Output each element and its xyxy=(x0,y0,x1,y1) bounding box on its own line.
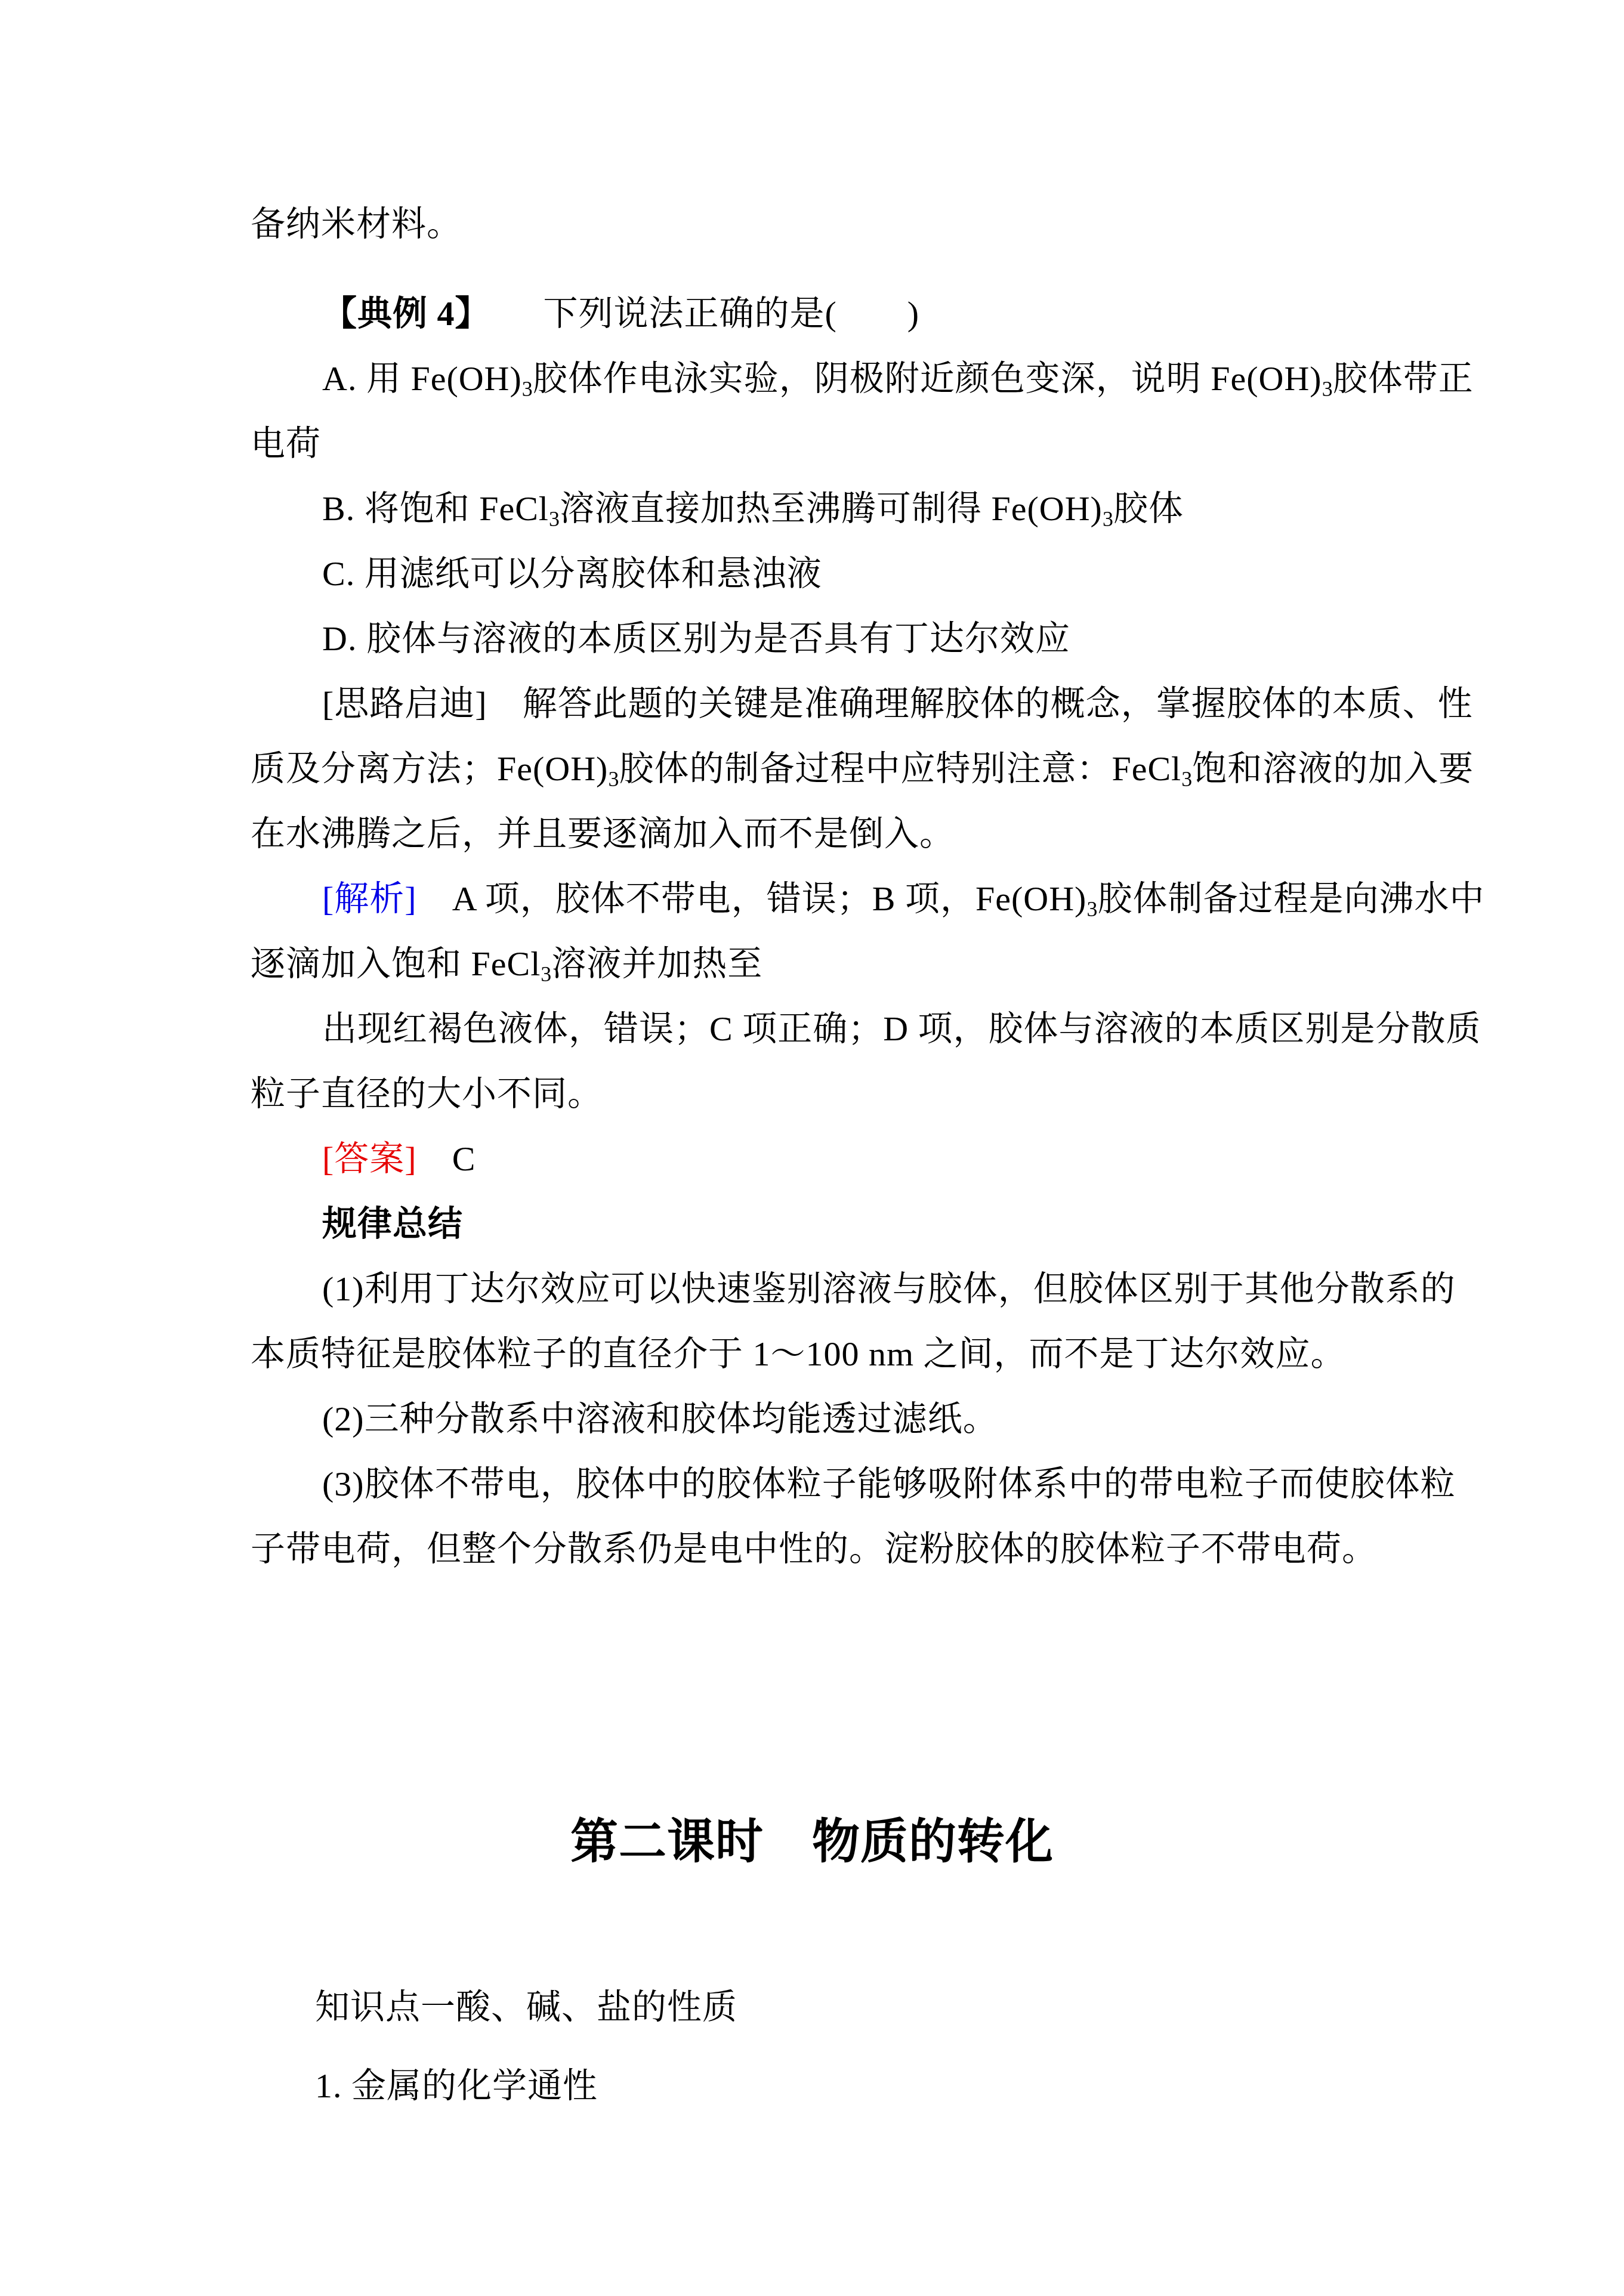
text-segment: B. 将饱和 FeCl xyxy=(322,489,549,528)
text-segment: 出现红褐色液体，错误；C 项正确；D 项，胶体与溶液的本质区别是分散质 xyxy=(322,1009,1481,1048)
text-segment: D. 胶体与溶液的本质区别为是否具有丁达尔效应 xyxy=(322,619,1070,658)
line-hint-cont-1: 质及分离方法；Fe(OH)3胶体的制备过程中应特别注意：FeCl3饱和溶液的加入… xyxy=(251,748,1474,792)
text-segment: 胶体作电泳实验，阴极附近颜色变深，说明 Fe(OH) xyxy=(533,359,1322,398)
line-hint-cont-2: 在水沸腾之后，并且要逐滴加入而不是倒入。 xyxy=(251,813,955,855)
text-segment: 胶体的制备过程中应特别注意：FeCl xyxy=(619,749,1181,788)
text-segment: 逐滴加入饱和 FeCl xyxy=(251,944,541,983)
section-title: 第二课时 物质的转化 xyxy=(0,1813,1624,1871)
answer-label: [答案] xyxy=(322,1139,417,1178)
text-segment: 本质特征是胶体粒子的直径介于 1～100 nm 之间，而不是丁达尔效应。 xyxy=(251,1334,1346,1373)
text-segment: 3 xyxy=(549,507,560,531)
text-segment: (2)三种分散系中溶液和胶体均能透过滤纸。 xyxy=(322,1399,998,1438)
text-segment: 3 xyxy=(1103,507,1113,531)
text-segment: 电荷 xyxy=(251,424,321,463)
text-segment: 在水沸腾之后，并且要逐滴加入而不是倒入。 xyxy=(251,814,955,853)
line-hint: [思路启迪] 解答此题的关键是准确理解胶体的概念，掌握胶体的本质、性 xyxy=(322,683,1473,725)
text-segment: 3 xyxy=(1086,897,1097,921)
text-segment: 知识点一酸、碱、盐的性质 xyxy=(315,1988,737,2026)
answer-value: C xyxy=(417,1139,476,1178)
text-segment: A. 用 Fe(OH) xyxy=(322,359,522,398)
analysis-label: [解析] xyxy=(322,879,417,918)
text-segment: 粒子直径的大小不同。 xyxy=(251,1074,603,1113)
text-segment: 3 xyxy=(522,377,533,401)
document-page: 备纳米材料。【典例 4】 下列说法正确的是( )A. 用 Fe(OH)3胶体作电… xyxy=(0,0,1624,2296)
line-analysis-cont-3: 粒子直径的大小不同。 xyxy=(251,1073,603,1115)
line-analysis: [解析] A 项，胶体不带电，错误；B 项，Fe(OH)3胶体制备过程是向沸水中 xyxy=(322,878,1484,922)
text-segment: (3)胶体不带电，胶体中的胶体粒子能够吸附体系中的带电粒子而使胶体粒 xyxy=(322,1464,1456,1503)
text-segment: 1. 金属的化学通性 xyxy=(315,2066,598,2105)
hint-label: [思路启迪] xyxy=(322,684,487,723)
text-segment: 质及分离方法；Fe(OH) xyxy=(251,749,608,788)
line-summary-1: (1)利用丁达尔效应可以快速鉴别溶液与胶体，但胶体区别于其他分散系的 xyxy=(322,1268,1456,1310)
line-item-1: 1. 金属的化学通性 xyxy=(315,2065,598,2107)
text-segment: C. 用滤纸可以分离胶体和悬浊液 xyxy=(322,554,822,593)
line-option-c: C. 用滤纸可以分离胶体和悬浊液 xyxy=(322,553,822,595)
line-example-heading: 【典例 4】 下列说法正确的是( ) xyxy=(322,293,919,335)
text-segment: (1)利用丁达尔效应可以快速鉴别溶液与胶体，但胶体区别于其他分散系的 xyxy=(322,1269,1456,1308)
text-segment: 溶液直接加热至沸腾可制得 Fe(OH) xyxy=(560,489,1103,528)
line-knowledge-point: 知识点一酸、碱、盐的性质 xyxy=(315,1986,737,2028)
text-segment: 3 xyxy=(541,962,551,986)
text-segment: 备纳米材料。 xyxy=(251,205,462,243)
line-answer: [答案] C xyxy=(322,1138,476,1180)
line-option-d: D. 胶体与溶液的本质区别为是否具有丁达尔效应 xyxy=(322,618,1070,660)
text-segment: 下列说法正确的是( ) xyxy=(473,294,920,333)
line-intro-cont: 备纳米材料。 xyxy=(251,203,462,245)
line-summary-3-cont: 子带电荷，但整个分散系仍是电中性的。淀粉胶体的胶体粒子不带电荷。 xyxy=(251,1528,1377,1570)
text-segment: 饱和溶液的加入要 xyxy=(1192,749,1474,788)
line-option-a: A. 用 Fe(OH)3胶体作电泳实验，阴极附近颜色变深，说明 Fe(OH)3胶… xyxy=(322,358,1474,402)
line-summary-heading: 规律总结 xyxy=(322,1203,463,1245)
text-segment: 胶体制备过程是向沸水中 xyxy=(1097,879,1484,918)
text-segment: 胶体 xyxy=(1113,489,1184,528)
line-summary-3: (3)胶体不带电，胶体中的胶体粒子能够吸附体系中的带电粒子而使胶体粒 xyxy=(322,1463,1456,1505)
text-segment: 3 xyxy=(1322,377,1333,401)
summary-label: 规律总结 xyxy=(322,1204,463,1243)
line-option-b: B. 将饱和 FeCl3溶液直接加热至沸腾可制得 Fe(OH)3胶体 xyxy=(322,488,1184,532)
line-summary-2: (2)三种分散系中溶液和胶体均能透过滤纸。 xyxy=(322,1398,998,1440)
text-segment: 胶体带正 xyxy=(1333,359,1474,398)
text-segment: 3 xyxy=(608,767,619,791)
line-option-a-cont: 电荷 xyxy=(251,423,321,465)
text-segment: 溶液并加热至 xyxy=(551,944,762,983)
section-title-text: 第二课时 物质的转化 xyxy=(570,1816,1054,1868)
line-analysis-cont-1: 逐滴加入饱和 FeCl3溶液并加热至 xyxy=(251,943,762,987)
text-segment: 3 xyxy=(1181,767,1192,791)
line-summary-1-cont: 本质特征是胶体粒子的直径介于 1～100 nm 之间，而不是丁达尔效应。 xyxy=(251,1333,1346,1375)
text-segment: 解答此题的关键是准确理解胶体的概念，掌握胶体的本质、性 xyxy=(487,684,1473,723)
text-segment: A 项，胶体不带电，错误；B 项，Fe(OH) xyxy=(417,879,1087,918)
line-analysis-cont-2: 出现红褐色液体，错误；C 项正确；D 项，胶体与溶液的本质区别是分散质 xyxy=(322,1008,1481,1050)
text-segment: 子带电荷，但整个分散系仍是电中性的。淀粉胶体的胶体粒子不带电荷。 xyxy=(251,1529,1377,1568)
example-label: 【典例 4】 xyxy=(322,294,473,333)
